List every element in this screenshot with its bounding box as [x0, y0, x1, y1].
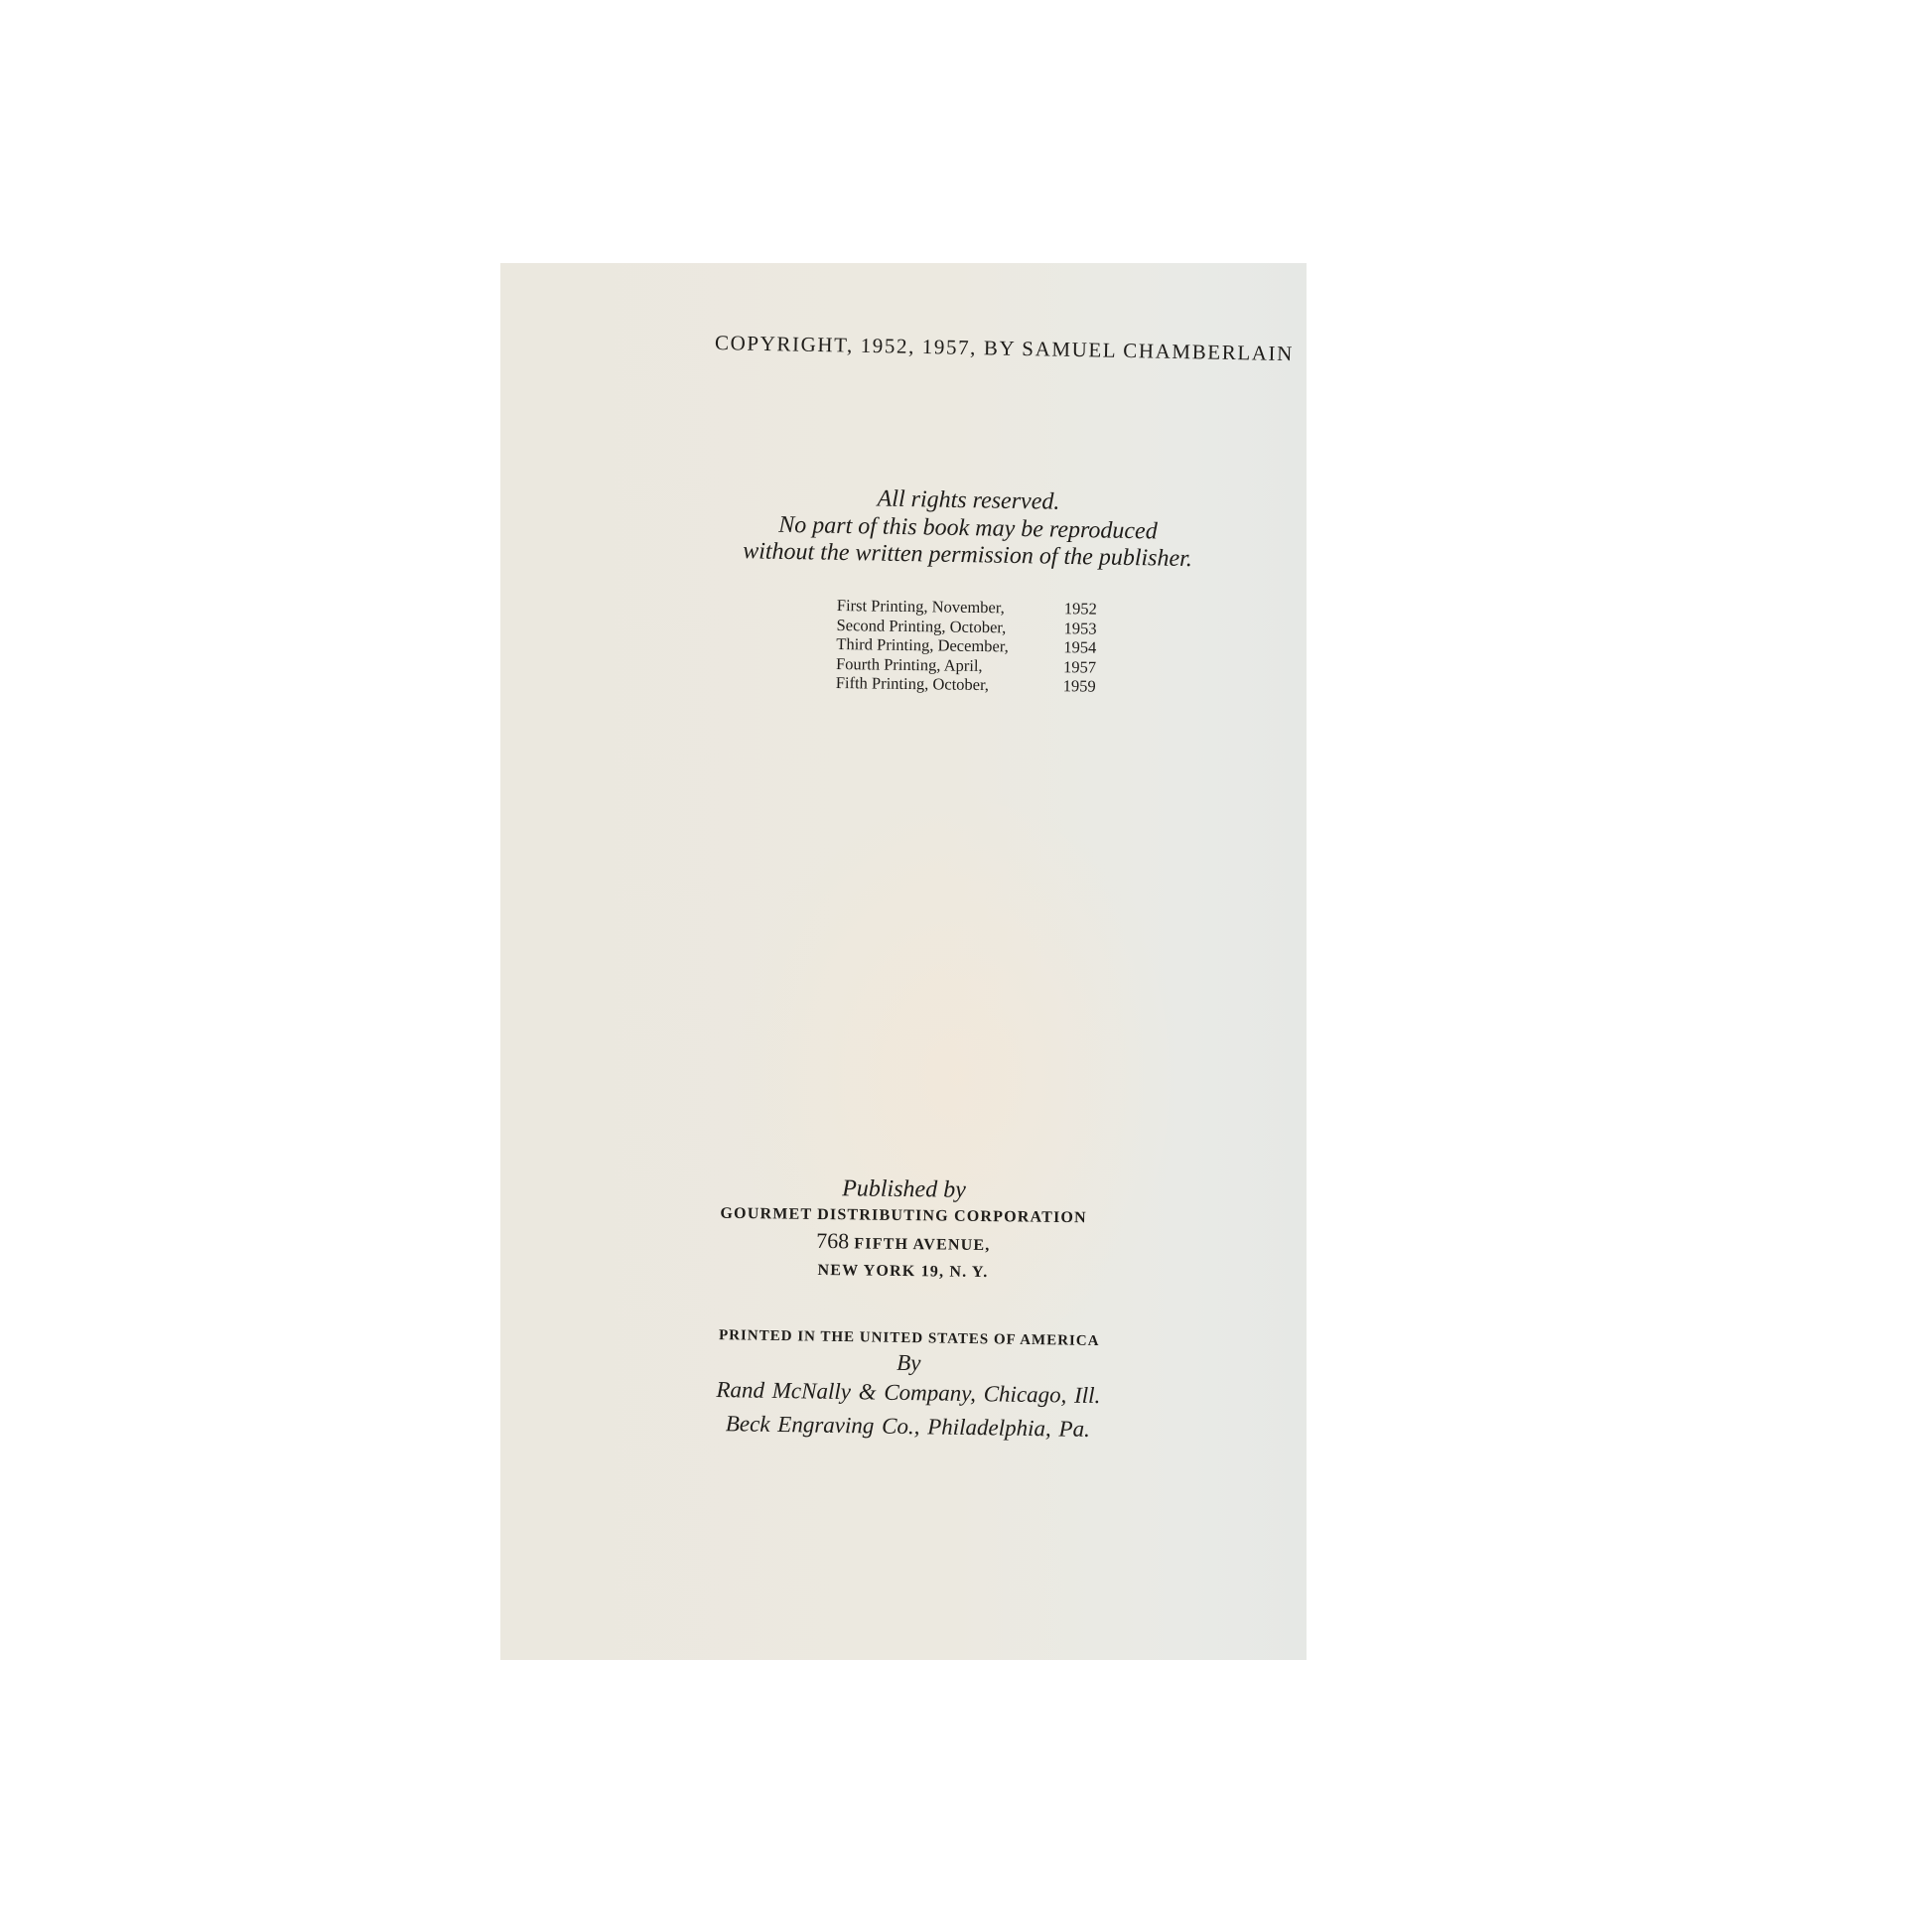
- printing-label: Fifth Printing, October,: [836, 673, 990, 695]
- printing-year: 1954: [1063, 637, 1096, 657]
- copyright-page: COPYRIGHT, 1952, 1957, BY SAMUEL CHAMBER…: [500, 263, 1307, 1660]
- printing-entry: Fifth Printing, October, 1959: [836, 673, 1096, 696]
- street-name: FIFTH AVENUE,: [854, 1235, 990, 1254]
- copyright-notice: COPYRIGHT, 1952, 1957, BY SAMUEL CHAMBER…: [715, 331, 1294, 366]
- printing-label: Second Printing, October,: [836, 616, 1006, 637]
- printer-block: PRINTED IN THE UNITED STATES OF AMERICA …: [499, 1321, 1308, 1450]
- printing-year: 1953: [1063, 619, 1096, 638]
- rights-reserved-block: All rights reserved. No part of this boo…: [499, 480, 1307, 576]
- printing-year: 1952: [1064, 599, 1097, 619]
- street-number: 768: [816, 1228, 849, 1253]
- printing-label: Third Printing, December,: [836, 634, 1009, 656]
- printing-history: First Printing, November, 1952 Second Pr…: [836, 596, 1097, 697]
- printing-label: Fourth Printing, April,: [836, 654, 983, 676]
- printing-label: First Printing, November,: [837, 596, 1005, 618]
- publisher-block: Published by GOURMET DISTRIBUTING CORPOR…: [499, 1170, 1307, 1290]
- printing-year: 1959: [1063, 677, 1096, 697]
- printing-year: 1957: [1063, 657, 1096, 677]
